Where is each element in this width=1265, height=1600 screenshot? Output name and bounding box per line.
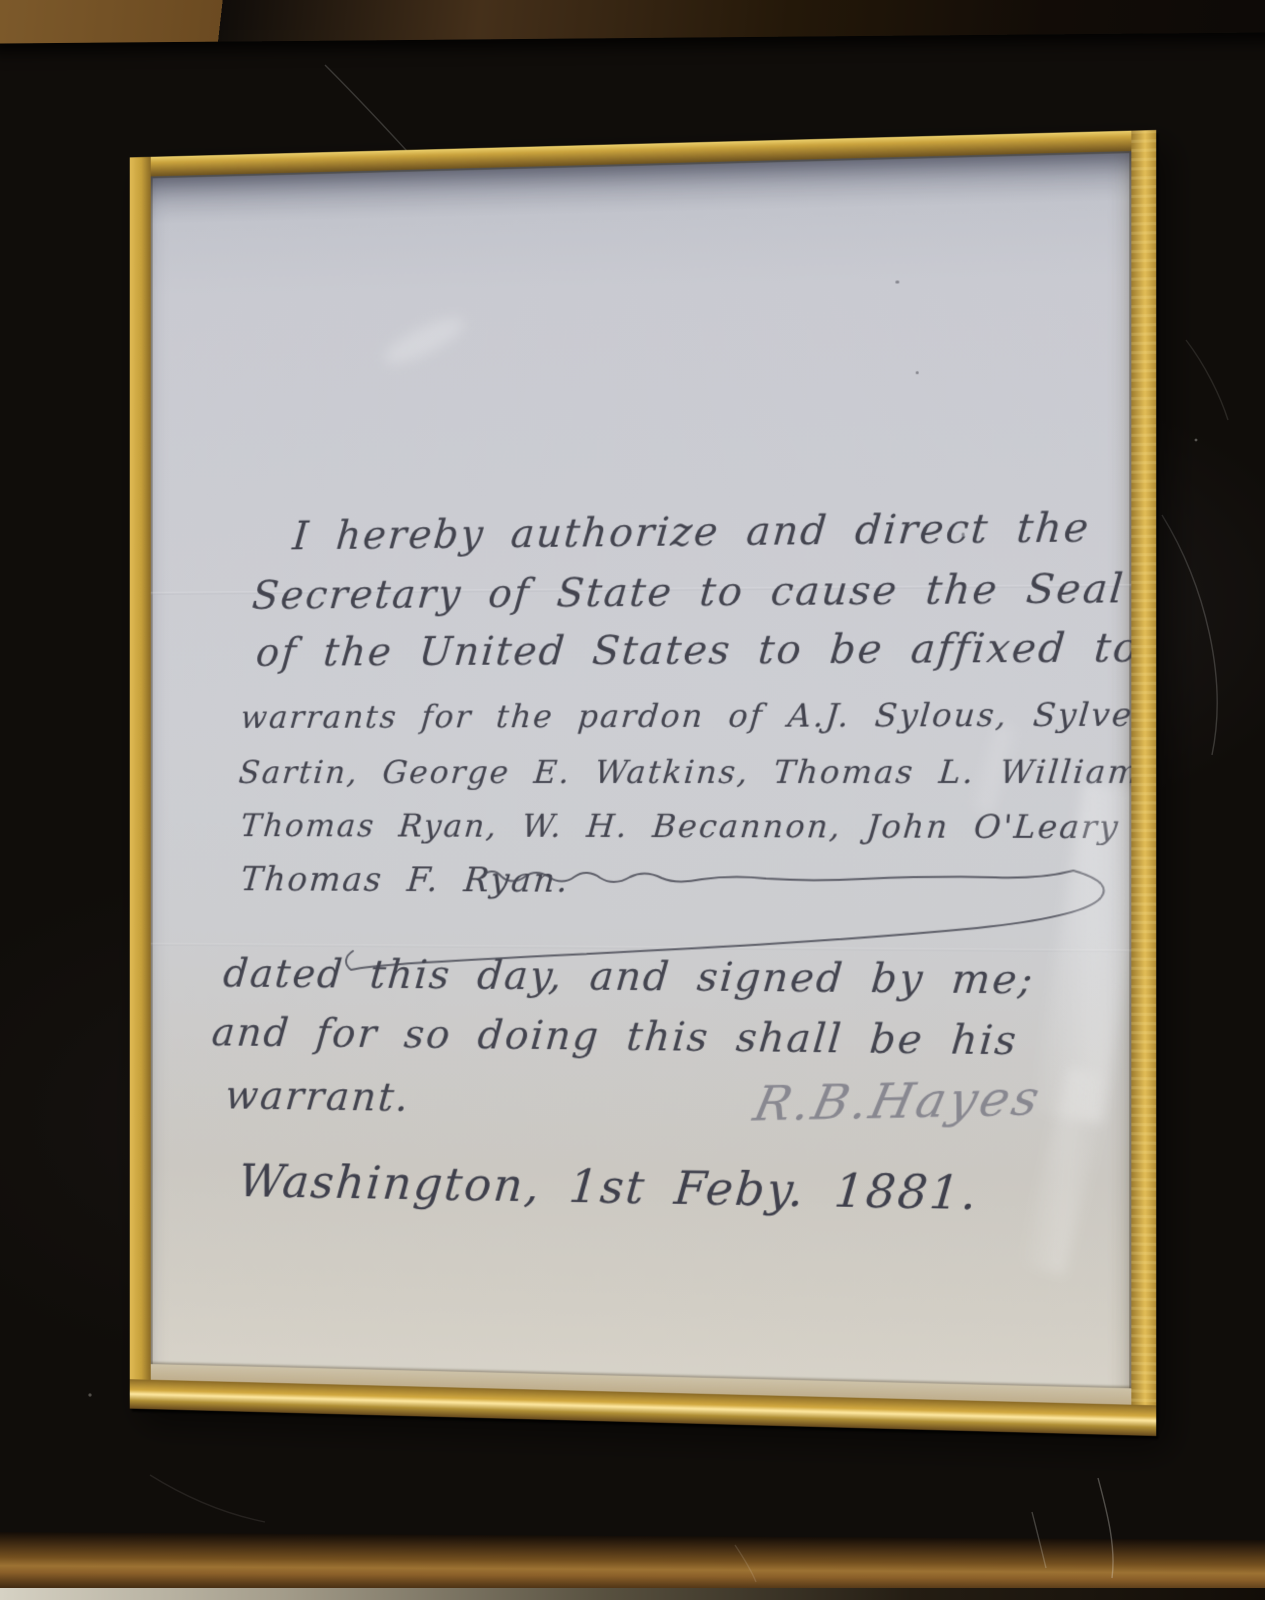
handwritten-line: Thomas Ryan, W. H. Becannon, John O'Lear… (239, 807, 1131, 847)
handwritten-line: Secretary of State to cause the Seal (250, 566, 1126, 619)
dateline-washington: Washington, 1st Feby. 1881. (237, 1154, 981, 1220)
handwritten-line: dated this day, and signed by me; (222, 951, 1037, 1004)
gold-frame-left-rail (130, 157, 151, 1409)
handwritten-line: I hereby authorize and direct the (291, 505, 1092, 559)
wood-trim-bottom (0, 1532, 1265, 1596)
photo-of-framed-document: I hereby authorize and direct the Secret… (0, 0, 1265, 1600)
handwritten-line: and for so doing this shall be his (210, 1010, 1020, 1064)
document-paper: I hereby authorize and direct the Secret… (151, 151, 1132, 1405)
handwritten-line: warrant. (224, 1073, 413, 1121)
gold-frame: I hereby authorize and direct the Secret… (130, 130, 1156, 1436)
signature-rb-hayes: R.B.Hayes (749, 1070, 1048, 1133)
table-edge (0, 1588, 1265, 1600)
handwritten-line: of the United States to be affixed to (254, 625, 1131, 676)
gold-frame-right-rail (1131, 130, 1156, 1436)
